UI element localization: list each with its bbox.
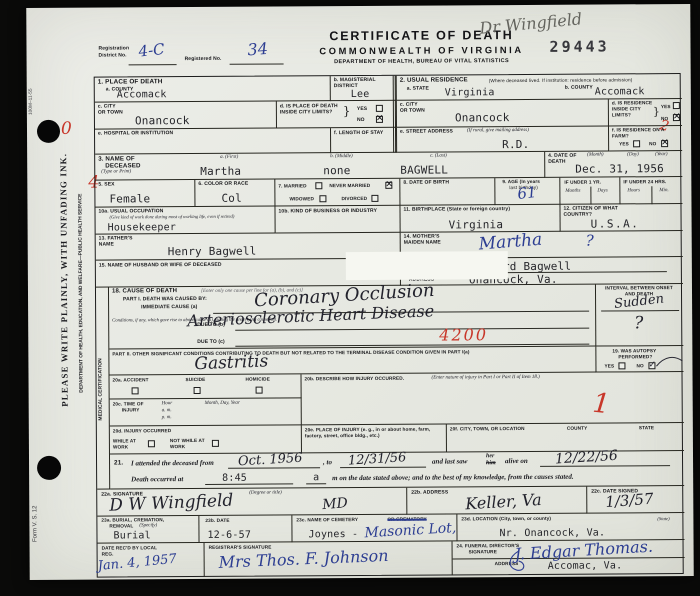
- month-label: (Month): [587, 153, 603, 159]
- months-label: Months: [565, 189, 580, 195]
- field-injury-occurred: 20d. INJURY OCCURRED WHILE AT WORK NOT W…: [110, 425, 302, 454]
- usual-residence-label: 2. USUAL RESIDENCE: [400, 76, 468, 84]
- occupation-note: (Give kind of work done during most of w…: [110, 214, 260, 220]
- doctor-annotation: Dr Wingfield: [479, 11, 583, 37]
- funeral-director-value: J. Edgar Thomas.: [514, 539, 653, 563]
- date-signed-value: 1/3/57: [605, 492, 654, 511]
- type-or-print-note: (Type or Print): [101, 169, 131, 175]
- field-interval: INTERVAL BETWEEN ONSET AND DEATH Sudden …: [596, 284, 683, 347]
- field-residence-on-farm: f. IS RESIDENCE ON A FARM? YES NO ✕: [609, 126, 682, 151]
- death-time-value: 8:45: [222, 474, 247, 484]
- attended-from-value: Oct. 1956: [238, 452, 303, 469]
- registration-district-value: 4-C: [138, 42, 166, 60]
- checkbox-autopsy-yes: [618, 362, 625, 369]
- field-date-received: DATE REC'D BY LOCAL REG. Jan. 4, 1957: [98, 543, 205, 578]
- certificate-paper: 100M–11-55 PLEASE WRITE PLAINLY, WITH UN…: [26, 4, 693, 580]
- yes-label: YES: [619, 141, 629, 147]
- homicide-label: HOMICIDE: [246, 377, 270, 383]
- pm-label: p. m.: [162, 415, 172, 421]
- registered-no-line: [230, 63, 284, 64]
- checkbox-while-at-work: [148, 440, 155, 447]
- injury-county-label: COUNTY: [567, 426, 588, 432]
- ampm-line: [306, 483, 326, 484]
- attendance-text5: Death occurred at: [131, 475, 183, 484]
- middle-name-value: none: [323, 165, 350, 176]
- field-length-of-stay: f. LENGTH OF STAY: [331, 128, 397, 153]
- due-to-c-label: DUE TO (c): [197, 339, 225, 345]
- field-residence-inside-limits: d. IS RESIDENCE INSIDE CITY LIMITS? } YE…: [609, 99, 682, 126]
- checkbox-divorced: [371, 194, 378, 201]
- field-city-of-death: c. CITY OR TOWN Onancock: [95, 102, 277, 130]
- mother-maiden-name-label: 14. MOTHER'S MAIDEN NAME: [404, 233, 454, 246]
- hospital-label: e. HOSPITAL OR INSTITUTION: [98, 130, 173, 137]
- checkbox-married: [315, 182, 322, 189]
- county-value: Accomack: [117, 90, 167, 100]
- burial-location-state-label: (State): [657, 516, 669, 521]
- hours-label: Hours: [627, 188, 640, 194]
- father-name-label: 13. FATHER'S NAME: [99, 235, 144, 248]
- hour-label: Hour: [162, 401, 173, 407]
- mini-divider: [590, 187, 591, 205]
- burial-date-label: 23b. DATE: [205, 518, 229, 524]
- usual-residence-note: (Where deceased lived. If institution: r…: [489, 77, 633, 84]
- attendance-text6: m on the date stated above; and to the b…: [332, 473, 574, 483]
- signature-flourish-icon: [505, 549, 531, 573]
- race-label: 6. COLOR OR RACE: [198, 181, 248, 188]
- place-of-injury-label: 20e. PLACE OF INJURY (e. g., in or about…: [305, 427, 440, 440]
- field-occupation: 10a. USUAL OCCUPATION (Give kind of work…: [95, 207, 275, 235]
- sex-label: 5. SEX: [98, 181, 114, 187]
- injury-state-label: STATE: [639, 425, 654, 431]
- checkbox-homicide: [256, 387, 263, 394]
- photo-background: 100M–11-55 PLEASE WRITE PLAINLY, WITH UN…: [0, 0, 700, 596]
- date-received-label2: REG.: [102, 552, 114, 558]
- field-burial-date: 23b. DATE 12-6-57: [199, 515, 292, 543]
- race-value: Col: [221, 193, 242, 204]
- birthplace-value: Virginia: [449, 219, 504, 230]
- residence-state-label: a. STATE: [407, 86, 429, 92]
- autopsy-label2: PERFORMED?: [618, 354, 652, 360]
- part2-value: Gastritis: [194, 353, 268, 373]
- checkbox-x-icon: ✕: [661, 139, 669, 148]
- field-death-inside-limits: d. IS PLACE OF DEATH INSIDE CITY LIMITS?…: [277, 101, 397, 129]
- field-place-of-injury: 20e. PLACE OF INJURY (e. g., in or about…: [302, 424, 447, 453]
- medical-certification-strip: MEDICAL CERTIFICATION: [96, 288, 110, 490]
- married-label: 7. MARRIED: [278, 183, 306, 189]
- pen-flourish-icon: [654, 354, 684, 368]
- under-24hrs-label: IF UNDER 24 HRS.: [623, 179, 666, 185]
- time-of-injury-label2: INJURY: [122, 407, 140, 413]
- date-received-label: DATE REC'D BY LOCAL: [102, 545, 158, 551]
- checkbox-widowed: [319, 195, 326, 202]
- brace-icon: }: [653, 105, 660, 118]
- street-address-note: (If rural, give mailing address): [467, 128, 529, 134]
- business-industry-label: 10b. KIND OF BUSINESS OR INDUSTRY: [278, 208, 383, 215]
- city-label: c. CITY OR TOWN: [98, 103, 124, 116]
- suicide-label: SUICIDE: [186, 377, 206, 383]
- middle-name-label: b. (Middle): [330, 154, 353, 160]
- field-street-address: e. STREET ADDRESS (If rural, give mailin…: [397, 126, 609, 152]
- mother-name-query: ?: [586, 234, 594, 249]
- burial-location-label: 23d. LOCATION (City, town, or county): [461, 516, 551, 522]
- no-label: NO: [636, 363, 643, 369]
- death-inside-limits-label: d. IS PLACE OF DEATH INSIDE CITY LIMITS?: [280, 103, 340, 116]
- field-if-under-24hrs: IF UNDER 24 HRS. Hours Min.: [620, 177, 682, 204]
- year-label: (Year): [655, 152, 667, 158]
- field-certifier-signature: 22a. SIGNATURE (Degree or title) D W Win…: [97, 488, 407, 517]
- attendance-text3: and last saw: [432, 457, 467, 466]
- interval-b-value: ?: [634, 315, 643, 332]
- street-address-label: e. STREET ADDRESS: [400, 128, 453, 135]
- him-word-struck: him: [486, 460, 496, 467]
- field-cemetery-name: 23c. NAME OF CEMETERY OR CREMATORY Joyne…: [292, 514, 457, 542]
- checkbox-residence-limits-yes: [673, 102, 680, 109]
- field-hospital: e. HOSPITAL OR INSTITUTION: [95, 128, 331, 154]
- checkbox-death-limits-yes: [376, 104, 383, 111]
- birthplace-label: 11. BIRTHPLACE (State or foreign country…: [403, 206, 510, 213]
- never-married-label: NEVER MARRIED: [329, 183, 370, 189]
- red-mark-zero: 0: [61, 121, 72, 138]
- attended-to-value: 12/31/56: [348, 451, 407, 467]
- field-sex: 5. SEX Female: [95, 180, 195, 208]
- field-magisterial-district: b. MAGISTERIAL DISTRICT Lee: [331, 76, 397, 101]
- date-of-death-value: Dec. 31, 1956: [575, 163, 664, 175]
- field-describe-injury: 20b. DESCRIBE HOW INJURY OCCURRED. (Ente…: [302, 372, 684, 425]
- residence-inside-limits-label: d. IS RESIDENCE INSIDE CITY LIMITS?: [612, 100, 654, 118]
- no-label: NO: [649, 141, 656, 147]
- red-mark-code: 4200: [439, 327, 488, 343]
- white-out-patch: [346, 251, 508, 280]
- degree-label: (Degree or title): [249, 490, 282, 496]
- first-name-label: a. (First): [220, 155, 238, 161]
- last-name-label: c. (Last): [430, 153, 447, 159]
- checkbox-residence-limits-no: ✕: [673, 114, 680, 121]
- field-age: 9. AGE (In years last birthday) 61: [495, 178, 560, 205]
- mother-maiden-name-value: Martha: [478, 232, 543, 254]
- field-certifier-address: 22b. ADDRESS Keller, Va: [407, 487, 587, 515]
- punch-hole-icon: [37, 120, 60, 143]
- registrar-signature-label: REGISTRAR'S SIGNATURE: [209, 545, 272, 551]
- part2-label: PART II. OTHER SIGNIFICANT CONDITIONS CO…: [112, 349, 469, 357]
- field-if-under-1yr: IF UNDER 1 YR. Months Days: [560, 177, 620, 204]
- cemetery-label: 23c. NAME OF CEMETERY: [296, 517, 358, 523]
- cause-of-death-label: 18. CAUSE OF DEATH: [112, 288, 177, 296]
- field-date-of-death: 4. DATE OF DEATH (Month) (Day) (Year) De…: [545, 151, 682, 178]
- checkbox-farm-yes: [633, 140, 640, 147]
- burial-location-value: Nr. Onancock, Va.: [499, 529, 605, 540]
- injury-city-label: 20f. CITY, TOWN, OR LOCATION: [450, 426, 525, 432]
- days-label: Days: [597, 188, 607, 194]
- field-name-of-deceased: 3. NAME OF DECEASED (Type or Print) a. (…: [95, 152, 545, 181]
- funeral-director-label2: SIGNATURE: [469, 549, 497, 555]
- checkbox-x-icon: ✕: [385, 180, 393, 189]
- field-cause-of-death: 18. CAUSE OF DEATH [Enter only one cause…: [109, 285, 596, 350]
- field-place-of-death-county: 1. PLACE OF DEATH a. COUNTY Accomack: [95, 76, 331, 102]
- day-label: (Day): [627, 152, 639, 158]
- min-label: Min.: [659, 188, 668, 194]
- department-line: DEPARTMENT OF HEALTH, BUREAU OF VITAL ST…: [285, 58, 559, 66]
- cause-b-line: [235, 328, 589, 331]
- field-residence-city: c. CITY OR TOWN Onancock: [397, 99, 609, 127]
- residence-county-value: Accomack: [595, 87, 645, 97]
- cause-b-value: Arteriosclerotic Heart Disease: [187, 303, 435, 329]
- field-part2-conditions: PART II. OTHER SIGNIFICANT CONDITIONS CO…: [109, 347, 596, 376]
- field-time-of-injury: 20c. TIME OF INJURY Hour a. m. p. m. Mon…: [110, 398, 302, 426]
- field-date-of-birth: 8. DATE OF BIRTH: [400, 178, 495, 206]
- field-registrar-signature: REGISTRAR'S SIGNATURE Mrs Thos. F. Johns…: [205, 541, 453, 577]
- widowed-label: WIDOWED: [289, 196, 314, 202]
- registrar-signature-value: Mrs Thos. F. Johnson: [218, 548, 388, 571]
- stock-number: 100M–11-55: [28, 36, 39, 168]
- field-burial-type: 23a. BURIAL, CREMATION, REMOVAL (Specify…: [97, 516, 199, 544]
- street-address-value: R.D.: [502, 139, 529, 150]
- field-citizen: 12. CITIZEN OF WHAT COUNTRY? U.S.A.: [560, 204, 682, 232]
- magisterial-district-value: Lee: [351, 90, 370, 100]
- attendance-number: 21.: [114, 459, 123, 467]
- last-seen-value: 12/22/56: [555, 449, 619, 467]
- funeral-director-address-value: Accomac, Va.: [548, 561, 623, 571]
- residence-city-label: c. CITY OR TOWN: [400, 102, 426, 115]
- checkbox-x-icon: ✕: [376, 115, 384, 124]
- registration-district-label: Registration: [98, 45, 129, 51]
- certifier-address-value: Keller, Va: [465, 492, 542, 512]
- certifier-address-label: 22b. ADDRESS: [411, 489, 448, 495]
- field-marital-status: 7. MARRIED NEVER MARRIED ✕ WIDOWED DIVOR…: [275, 179, 400, 207]
- describe-injury-label: 20b. DESCRIBE HOW INJURY OCCURRED.: [305, 376, 405, 382]
- field-date-signed: 22c. DATE SIGNED 1/3/57: [587, 486, 684, 514]
- form-number: Form V. S. 12: [32, 474, 45, 574]
- burial-type-value: Burial: [113, 531, 150, 541]
- checkbox-x-icon: ✕: [673, 113, 681, 122]
- ampm-value: a: [313, 473, 319, 483]
- commonwealth-subtitle: COMMONWEALTH OF VIRGINIA: [284, 45, 558, 57]
- attendance-text1: I attended the deceased from: [131, 459, 214, 468]
- residence-city-value: Onancock: [455, 112, 510, 123]
- degree-value: MD: [322, 496, 349, 512]
- mini-divider: [651, 186, 652, 204]
- registration-district-line: [129, 64, 177, 65]
- city-value: Onancock: [135, 115, 190, 126]
- burial-type-label2: REMOVAL: [109, 523, 133, 529]
- certificate-form: 1. PLACE OF DEATH a. COUNTY Accomack b. …: [94, 73, 684, 578]
- interval-a-value: Sudden: [613, 293, 664, 311]
- registered-no-value: 34: [247, 41, 269, 58]
- checkbox-never-married: ✕: [385, 181, 392, 188]
- field-color-race: 6. COLOR OR RACE Col: [195, 180, 275, 207]
- date-of-death-label: 4. DATE OF DEATH: [548, 153, 578, 166]
- burial-type-note: (Specify): [139, 523, 157, 529]
- yes-label: YES: [661, 104, 671, 110]
- checkbox-not-while-at-work: [212, 440, 219, 447]
- field-birthplace: 11. BIRTHPLACE (State or foreign country…: [400, 205, 560, 233]
- father-name-value: Henry Bagwell: [168, 246, 257, 258]
- checkbox-accident: [132, 387, 139, 394]
- checkbox-suicide: [194, 387, 201, 394]
- under-1yr-label: IF UNDER 1 YR.: [564, 180, 601, 186]
- part1-label: PART I. DEATH WAS CAUSED BY:: [123, 296, 207, 303]
- write-plainly-margin-note: PLEASE WRITE PLAINLY, WITH UNFADING INK.: [58, 94, 75, 466]
- describe-injury-note: (Enter nature of injury in Part I or Par…: [432, 375, 540, 381]
- month-day-year-label: Month, Day, Year: [205, 401, 240, 407]
- magisterial-district-label: b. MAGISTERIAL DISTRICT: [334, 77, 392, 90]
- registration-district-label2: District No.: [99, 52, 127, 58]
- burial-date-value: 12-6-57: [207, 531, 251, 541]
- certifier-signature-value: D W Wingfield: [109, 493, 234, 515]
- field-funeral-director: 24. FUNERAL DIRECTOR'S SIGNATURE J. Edga…: [453, 540, 685, 575]
- date-of-birth-label: 8. DATE OF BIRTH: [403, 179, 449, 186]
- citizen-label: 12. CITIZEN OF WHAT COUNTRY?: [563, 205, 635, 218]
- sex-value: Female: [109, 193, 150, 204]
- conditions-note: Conditions, if any, which gave rise to a…: [112, 318, 192, 324]
- registered-no-label: Registered No.: [185, 56, 222, 62]
- death-time-line: [205, 483, 293, 485]
- yes-label: YES: [357, 106, 367, 112]
- red-mark-one: 1: [591, 390, 611, 419]
- last-name-value: BAGWELL: [400, 164, 448, 175]
- citizen-value: U.S.A.: [591, 218, 640, 229]
- certificate-number-stamp: 29443: [549, 37, 609, 55]
- am-label: a. m.: [162, 408, 172, 414]
- no-label: NO: [357, 117, 365, 123]
- age-value: 61: [517, 185, 538, 202]
- checkbox-farm-no: ✕: [661, 140, 668, 147]
- accident-label: 20a. ACCIDENT: [113, 377, 149, 383]
- residence-state-value: Virginia: [445, 88, 495, 98]
- residence-county-label: b. COUNTY: [565, 85, 593, 91]
- immediate-cause-label: IMMEDIATE CAUSE (a): [141, 304, 197, 311]
- yes-label: YES: [604, 363, 614, 369]
- first-name-value: Martha: [200, 166, 241, 177]
- interval-line: [601, 310, 679, 311]
- checkbox-death-limits-no: ✕: [376, 116, 383, 123]
- field-autopsy: 19. WAS AUTOPSY PERFORMED? YES NO ✓: [596, 346, 683, 373]
- field-usual-residence: 2. USUAL RESIDENCE (Where deceased lived…: [397, 74, 682, 101]
- divorced-label: DIVORCED: [341, 196, 367, 202]
- injury-occurred-label: 20d. INJURY OCCURRED: [113, 428, 171, 434]
- attendance-text2: , to: [323, 458, 332, 466]
- brace-icon: }: [343, 104, 351, 118]
- field-injury-location: 20f. CITY, TOWN, OR LOCATION COUNTY STAT…: [447, 423, 684, 452]
- occupation-value: Housekeeper: [108, 223, 176, 233]
- medical-certification-label: MEDICAL CERTIFICATION: [97, 294, 108, 486]
- field-accident-suicide-homicide: 20a. ACCIDENT SUICIDE HOMICIDE: [110, 374, 302, 399]
- not-while-at-work-label: NOT WHILE AT WORK: [170, 438, 208, 450]
- no-label: NO: [661, 116, 668, 122]
- field-attendance-statement: 21. I attended the deceased from Oct. 19…: [110, 451, 684, 490]
- cemetery-value-typed: Joynes -: [308, 530, 358, 540]
- spouse-name-label: 15. NAME OF HUSBAND OR WIFE OF DECEASED: [99, 262, 222, 269]
- attendance-text4: alive on: [505, 457, 528, 466]
- cemetery-value-handwritten: Masonic Lot,: [364, 521, 457, 540]
- while-at-work-label: WHILE AT WORK: [113, 438, 143, 450]
- place-of-death-label: 1. PLACE OF DEATH: [98, 78, 163, 86]
- field-business-industry: 10b. KIND OF BUSINESS OR INDUSTRY: [275, 206, 400, 234]
- length-of-stay-label: f. LENGTH OF STAY: [334, 130, 384, 137]
